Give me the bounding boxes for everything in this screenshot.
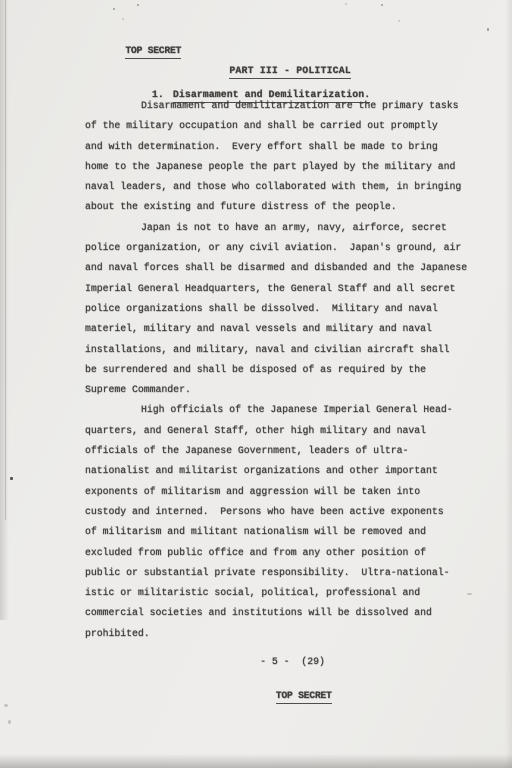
paragraph-3: High officials of the Japanese Imperial … [85,400,485,644]
classification-header-text: TOP SECRET [125,45,181,59]
paragraph-1: Disarmament and demilitarization are the… [85,96,485,218]
paragraph-2: Japan is not to have an army, navy, airf… [85,218,485,401]
page-edge-line-left [5,0,6,520]
ink-speck [381,4,383,6]
part-heading-text: PART III - POLITICAL [229,65,351,79]
classification-footer: TOP SECRET [105,679,480,712]
classification-footer-text: TOP SECRET [276,690,332,704]
ink-speck [345,3,347,5]
ink-speck [113,8,115,10]
page-number: - 5 - (29) [105,656,480,667]
document-body: Disarmament and demilitarization are the… [85,96,485,644]
ink-speck [10,477,13,480]
classification-header: TOP SECRET [103,34,181,67]
ink-speck [398,20,400,22]
smudge-mark [8,720,11,724]
ink-speck [122,18,124,20]
page-edge-shadow-bottom [0,754,512,768]
document-page: TOP SECRET PART III - POLITICAL 1.Disarm… [0,0,512,768]
ink-speck [137,4,139,6]
page-edge-shadow-right [505,0,512,768]
ink-speck [487,28,489,31]
smudge-mark [4,704,8,707]
